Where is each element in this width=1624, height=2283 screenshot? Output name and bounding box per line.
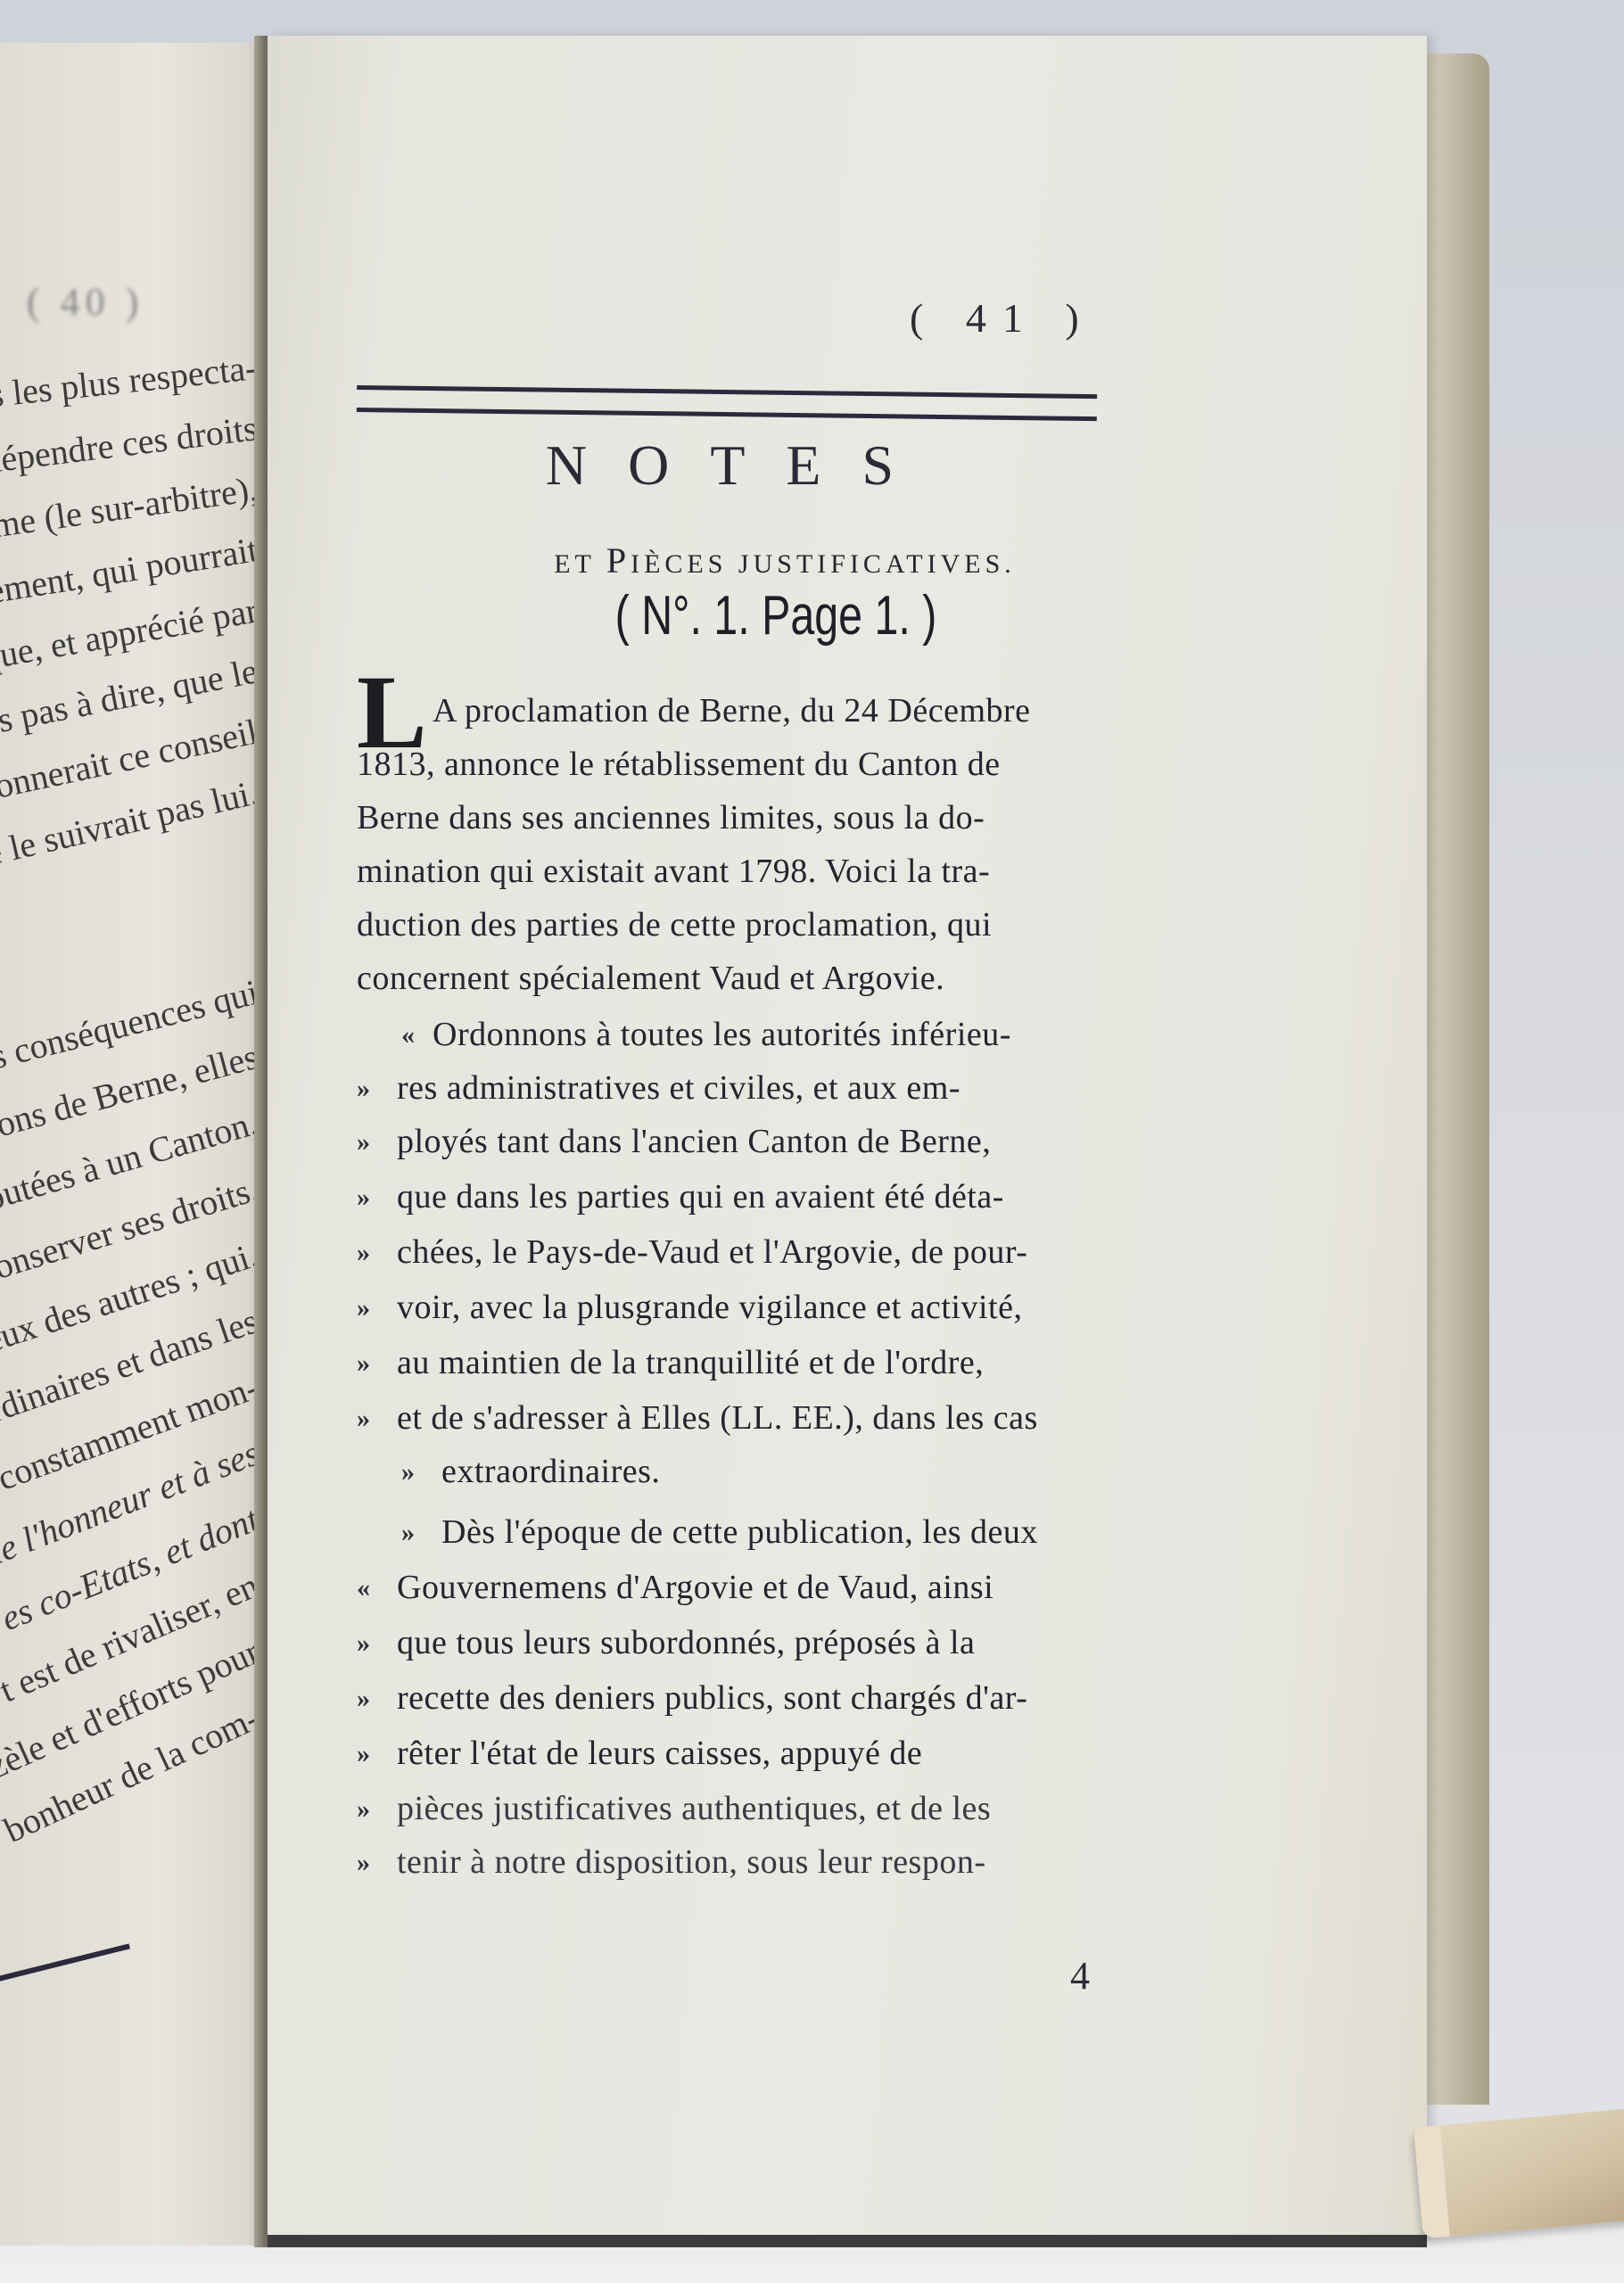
- quote-mark: »: [357, 1628, 370, 1659]
- quote-mark: »: [357, 1684, 370, 1714]
- text-line: voir, avec la plusgrande vigilance et ac…: [397, 1288, 1022, 1327]
- quote-mark: «: [401, 1020, 415, 1051]
- text-line: ployés tant dans l'ancien Canton de Bern…: [397, 1122, 991, 1161]
- left-page-number: ( 40 ): [27, 279, 144, 325]
- quote-mark: »: [401, 1518, 415, 1548]
- text-line: chées, le Pays-de-Vaud et l'Argovie, de …: [397, 1232, 1027, 1272]
- quote-mark: »: [357, 1848, 370, 1878]
- quote-mark: »: [357, 1127, 370, 1158]
- text-line: et de s'adresser à Elles (LL. EE.), dans…: [397, 1398, 1038, 1438]
- signature-mark: 4: [1070, 1953, 1090, 1999]
- text-line: Berne dans ses anciennes limites, sous l…: [357, 798, 985, 837]
- subtitle-initial: P: [606, 540, 631, 581]
- subtitle-rest: IÈCES JUSTIFICATIVES.: [631, 549, 1016, 579]
- subtitle-prefix: ET: [554, 549, 606, 579]
- text-line: que dans les parties qui en avaient été …: [397, 1177, 1004, 1216]
- right-page: ( 41 ) NOTES ET PIÈCES JUSTIFICATIVES. (…: [268, 36, 1427, 2238]
- quote-mark: »: [357, 1183, 370, 1213]
- text-line: recette des deniers publics, sont chargé…: [397, 1678, 1027, 1718]
- quote-mark: »: [357, 1293, 370, 1323]
- quote-mark: «: [357, 1573, 370, 1603]
- text-line: res administratives et civiles, et aux e…: [397, 1068, 960, 1108]
- section-subtitle: ET PIÈCES JUSTIFICATIVES.: [464, 540, 1106, 581]
- text-line: rêter l'état de leurs caisses, appuyé de: [397, 1734, 922, 1773]
- section-title: NOTES: [535, 433, 945, 499]
- text-line: Dès l'époque de cette publication, les d…: [441, 1512, 1038, 1552]
- left-page-end-rule: [0, 1943, 130, 1983]
- quote-mark: »: [357, 1074, 370, 1104]
- text-line: que tous leurs subordonnés, préposés à l…: [397, 1623, 975, 1662]
- text-line: extraordinaires.: [441, 1452, 660, 1491]
- text-line: concernent spécialement Vaud et Argovie.: [357, 959, 944, 998]
- right-page-content: ( 41 ) NOTES ET PIÈCES JUSTIFICATIVES. (…: [268, 36, 1427, 2238]
- text-line: pièces justificatives authentiques, et d…: [397, 1789, 991, 1828]
- quote-mark: »: [357, 1238, 370, 1268]
- quote-mark: »: [357, 1739, 370, 1769]
- text-line: au maintien de la tranquillité et de l'o…: [397, 1343, 984, 1382]
- text-line: tenir à notre disposition, sous leur res…: [397, 1842, 986, 1882]
- double-rule-divider: [357, 385, 1097, 421]
- left-page: ( 40 ) les titres les plus respecta- nt,…: [0, 43, 268, 2246]
- quote-mark: »: [401, 1457, 415, 1488]
- text-line: A proclamation de Berne, du 24 Décembre: [433, 691, 1031, 730]
- text-line: mination qui existait avant 1798. Voici …: [357, 852, 990, 891]
- text-line: Gouvernemens d'Argovie et de Vaud, ainsi: [397, 1568, 993, 1607]
- text-line: duction des parties de cette proclamatio…: [357, 905, 992, 944]
- note-heading: ( N°. 1. Page 1. ): [581, 584, 971, 647]
- quote-mark: »: [357, 1348, 370, 1379]
- quote-mark: »: [357, 1404, 370, 1434]
- quote-mark: »: [357, 1794, 370, 1825]
- wooden-book-rest: [1414, 2109, 1624, 2238]
- text-line: Ordonnons à toutes les autorités inférie…: [433, 1015, 1011, 1054]
- page-number: ( 41 ): [910, 294, 1095, 342]
- text-line: 1813, annonce le rétablissement du Canto…: [357, 745, 1001, 784]
